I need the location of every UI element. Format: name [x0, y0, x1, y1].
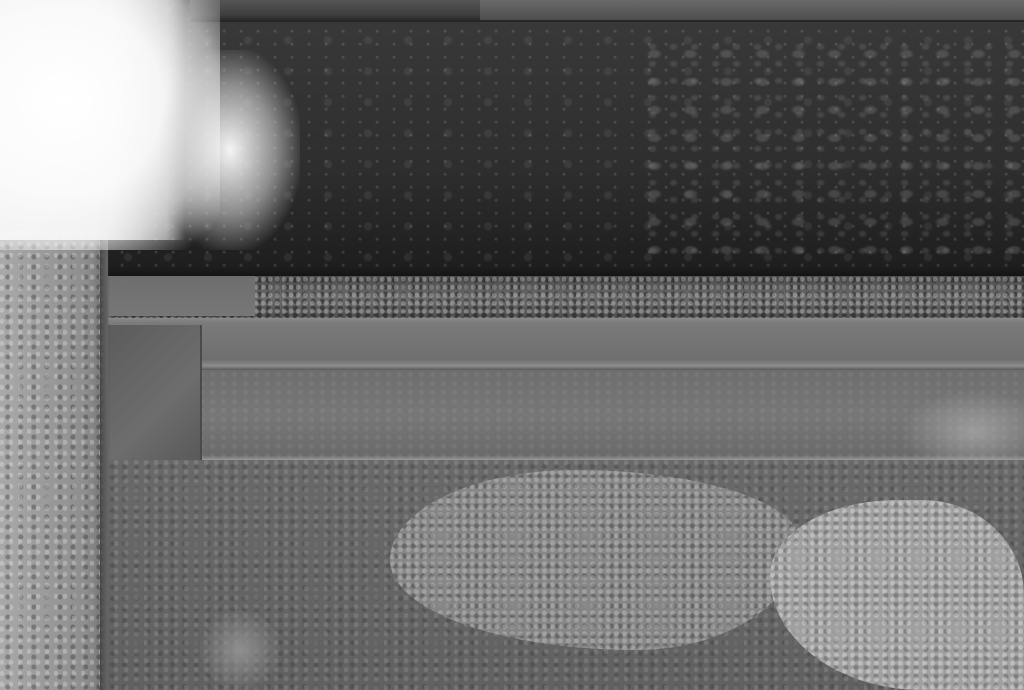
molding-main-band [108, 370, 1024, 460]
molding-top-band [108, 318, 1024, 370]
upper-ledge-light [480, 0, 1024, 20]
molding-weathered-patch [900, 390, 1024, 460]
wall-edge-shadow [100, 230, 110, 690]
upper-wall-texture [640, 40, 1024, 260]
light-flare-blob [160, 50, 300, 250]
molding-corner-block [108, 325, 202, 460]
wall-photograph [0, 0, 1024, 690]
left-rough-plaster-edge [0, 230, 108, 690]
smooth-stone-segment [100, 276, 255, 316]
plaster-patch-small [200, 610, 280, 690]
